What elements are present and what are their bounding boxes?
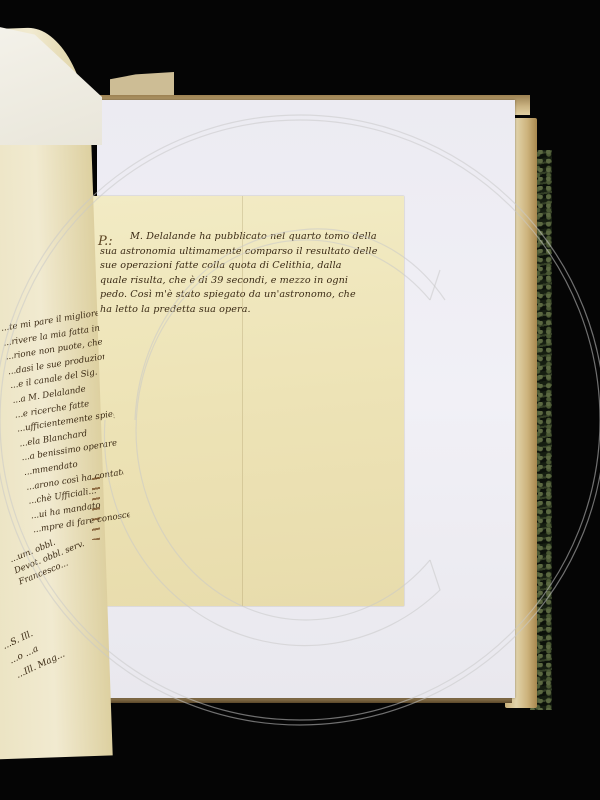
letter-line: pedo. Così m'è stato spiegato da un'astr… [100, 288, 400, 303]
letter-line: ha letto la predetta sua opera. [100, 303, 400, 318]
ink-bleed-marks [92, 470, 100, 540]
letter-line: sue operazioni fatte colla quota di Celi… [100, 259, 400, 274]
letter-line: sua astronomia ultimamente comparso il r… [100, 245, 400, 260]
manuscript-letter: P.: M. Delalande ha pubblicato nel quart… [92, 196, 404, 606]
torn-page-tab [110, 72, 174, 96]
photo-scene: P.: M. Delalande ha pubblicato nel quart… [0, 0, 600, 800]
letter-line: quale risulta, che è di 39 secondi, e me… [100, 274, 400, 289]
letter-line: M. Delalande ha pubblicato nel quarto to… [100, 230, 400, 245]
letter-body: M. Delalande ha pubblicato nel quarto to… [100, 230, 400, 317]
